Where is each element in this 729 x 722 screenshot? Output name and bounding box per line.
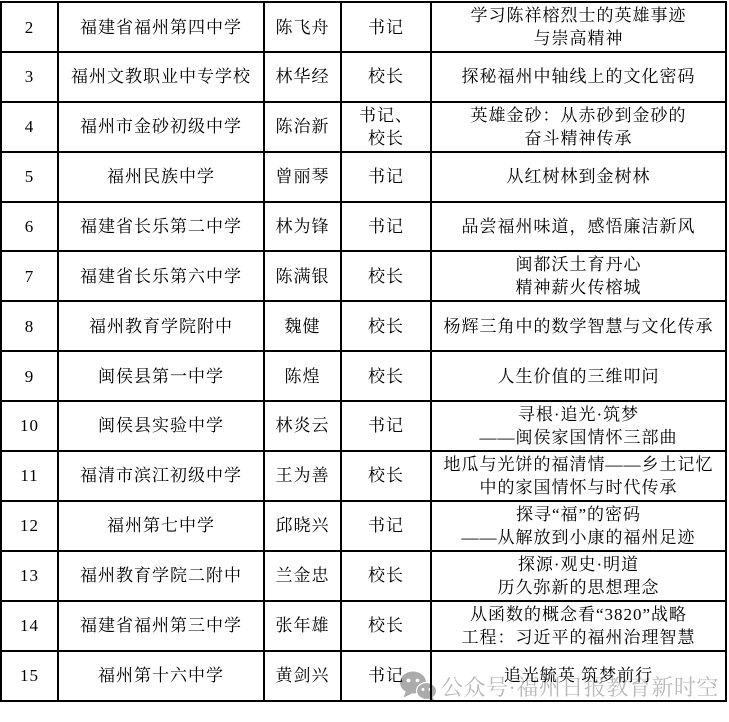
cell-course-title: 学习陈祥榕烈士的英雄事迹 与崇高精神 — [431, 2, 726, 52]
cell-school: 福州民族中学 — [58, 152, 264, 202]
cell-person-name: 张年雄 — [264, 601, 341, 651]
page: 2 福建省福州第四中学 陈飞舟 书记 学习陈祥榕烈士的英雄事迹 与崇高精神 3 … — [0, 0, 729, 722]
cell-school: 福建省福州第三中学 — [58, 601, 264, 651]
cell-role: 书记 — [341, 501, 431, 551]
cell-role: 校长 — [341, 351, 431, 401]
cell-person-name: 魏健 — [264, 301, 341, 351]
cell-course-title: 英雄金砂：从赤砂到金砂的 奋斗精神传承 — [431, 102, 726, 152]
cell-person-name: 陈满银 — [264, 251, 341, 301]
cell-role: 校长 — [341, 451, 431, 501]
cell-number: 13 — [1, 551, 58, 601]
cell-person-name: 黄剑兴 — [264, 651, 341, 701]
table-row: 5 福州民族中学 曾丽琴 书记 从红树林到金树林 — [1, 152, 726, 202]
cell-person-name: 陈治新 — [264, 102, 341, 152]
cell-course-title: 从函数的概念看“3820”战略 工程：习近平的福州治理智慧 — [431, 601, 726, 651]
cell-number: 12 — [1, 501, 58, 551]
cell-role: 书记、 校长 — [341, 102, 431, 152]
cell-role: 书记 — [341, 2, 431, 52]
table-row: 4 福州市金砂初级中学 陈治新 书记、 校长 英雄金砂：从赤砂到金砂的 奋斗精神… — [1, 102, 726, 152]
cell-number: 2 — [1, 2, 58, 52]
cell-number: 11 — [1, 451, 58, 501]
cell-school: 福建省长乐第六中学 — [58, 251, 264, 301]
table-row: 8 福州教育学院附中 魏健 校长 杨辉三角中的数学智慧与文化传承 — [1, 301, 726, 351]
cell-school: 福州文教职业中专学校 — [58, 52, 264, 102]
table-row: 2 福建省福州第四中学 陈飞舟 书记 学习陈祥榕烈士的英雄事迹 与崇高精神 — [1, 2, 726, 52]
cell-school: 福建省长乐第二中学 — [58, 202, 264, 252]
cell-school: 福州教育学院二附中 — [58, 551, 264, 601]
cell-number: 7 — [1, 251, 58, 301]
cell-school: 福建省福州第四中学 — [58, 2, 264, 52]
cell-course-title: 探秘福州中轴线上的文化密码 — [431, 52, 726, 102]
cell-number: 8 — [1, 301, 58, 351]
cell-school: 闽侯县实验中学 — [58, 401, 264, 451]
cell-course-title: 探寻“福”的密码 ——从解放到小康的福州足迹 — [431, 501, 726, 551]
cell-course-title: 闽都沃土育丹心 精神薪火传榕城 — [431, 251, 726, 301]
cell-number: 4 — [1, 102, 58, 152]
table-row: 11 福清市滨江初级中学 王为善 校长 地瓜与光饼的福清情——乡土记忆 中的家国… — [1, 451, 726, 501]
cell-school: 福清市滨江初级中学 — [58, 451, 264, 501]
cell-number: 6 — [1, 202, 58, 252]
cell-number: 10 — [1, 401, 58, 451]
cell-person-name: 邱晓兴 — [264, 501, 341, 551]
table-row: 14 福建省福州第三中学 张年雄 校长 从函数的概念看“3820”战略 工程：习… — [1, 601, 726, 651]
cell-person-name: 陈飞舟 — [264, 2, 341, 52]
cell-role: 书记 — [341, 401, 431, 451]
cell-person-name: 曾丽琴 — [264, 152, 341, 202]
cell-number: 14 — [1, 601, 58, 651]
cell-number: 5 — [1, 152, 58, 202]
table-row: 13 福州教育学院二附中 兰金忠 校长 探源·观史·明道 历久弥新的思想理念 — [1, 551, 726, 601]
cell-role: 校长 — [341, 251, 431, 301]
cell-school: 福州教育学院附中 — [58, 301, 264, 351]
cell-person-name: 王为善 — [264, 451, 341, 501]
table-row: 15 福州第十六中学 黄剑兴 书记 追光毓英 筑梦前行 — [1, 651, 726, 701]
cell-role: 校长 — [341, 601, 431, 651]
table-row: 7 福建省长乐第六中学 陈满银 校长 闽都沃土育丹心 精神薪火传榕城 — [1, 251, 726, 301]
table-row: 6 福建省长乐第二中学 林为锋 书记 品尝福州味道，感悟廉洁新风 — [1, 202, 726, 252]
table-body: 2 福建省福州第四中学 陈飞舟 书记 学习陈祥榕烈士的英雄事迹 与崇高精神 3 … — [1, 2, 726, 701]
cell-course-title: 从红树林到金树林 — [431, 152, 726, 202]
cell-role: 校长 — [341, 52, 431, 102]
cell-person-name: 林华经 — [264, 52, 341, 102]
table-row: 3 福州文教职业中专学校 林华经 校长 探秘福州中轴线上的文化密码 — [1, 52, 726, 102]
cell-number: 9 — [1, 351, 58, 401]
cell-person-name: 林炎云 — [264, 401, 341, 451]
roster-table: 2 福建省福州第四中学 陈飞舟 书记 学习陈祥榕烈士的英雄事迹 与崇高精神 3 … — [0, 1, 727, 702]
cell-course-title: 品尝福州味道，感悟廉洁新风 — [431, 202, 726, 252]
cell-course-title: 寻根·追光·筑梦 ——闽侯家国情怀三部曲 — [431, 401, 726, 451]
cell-role: 书记 — [341, 202, 431, 252]
cell-role: 校长 — [341, 551, 431, 601]
cell-role: 书记 — [341, 651, 431, 701]
cell-person-name: 林为锋 — [264, 202, 341, 252]
cell-school: 福州市金砂初级中学 — [58, 102, 264, 152]
cell-course-title: 探源·观史·明道 历久弥新的思想理念 — [431, 551, 726, 601]
cell-course-title: 杨辉三角中的数学智慧与文化传承 — [431, 301, 726, 351]
cell-school: 闽侯县第一中学 — [58, 351, 264, 401]
cell-school: 福州第十六中学 — [58, 651, 264, 701]
cell-person-name: 兰金忠 — [264, 551, 341, 601]
cell-school: 福州第七中学 — [58, 501, 264, 551]
cell-number: 15 — [1, 651, 58, 701]
cell-person-name: 陈煌 — [264, 351, 341, 401]
cell-course-title: 人生价值的三维叩问 — [431, 351, 726, 401]
cell-role: 校长 — [341, 301, 431, 351]
cell-course-title: 地瓜与光饼的福清情——乡土记忆 中的家国情怀与时代传承 — [431, 451, 726, 501]
table-row: 9 闽侯县第一中学 陈煌 校长 人生价值的三维叩问 — [1, 351, 726, 401]
cell-number: 3 — [1, 52, 58, 102]
table-row: 12 福州第七中学 邱晓兴 书记 探寻“福”的密码 ——从解放到小康的福州足迹 — [1, 501, 726, 551]
cell-course-title: 追光毓英 筑梦前行 — [431, 651, 726, 701]
table-row: 10 闽侯县实验中学 林炎云 书记 寻根·追光·筑梦 ——闽侯家国情怀三部曲 — [1, 401, 726, 451]
cell-role: 书记 — [341, 152, 431, 202]
